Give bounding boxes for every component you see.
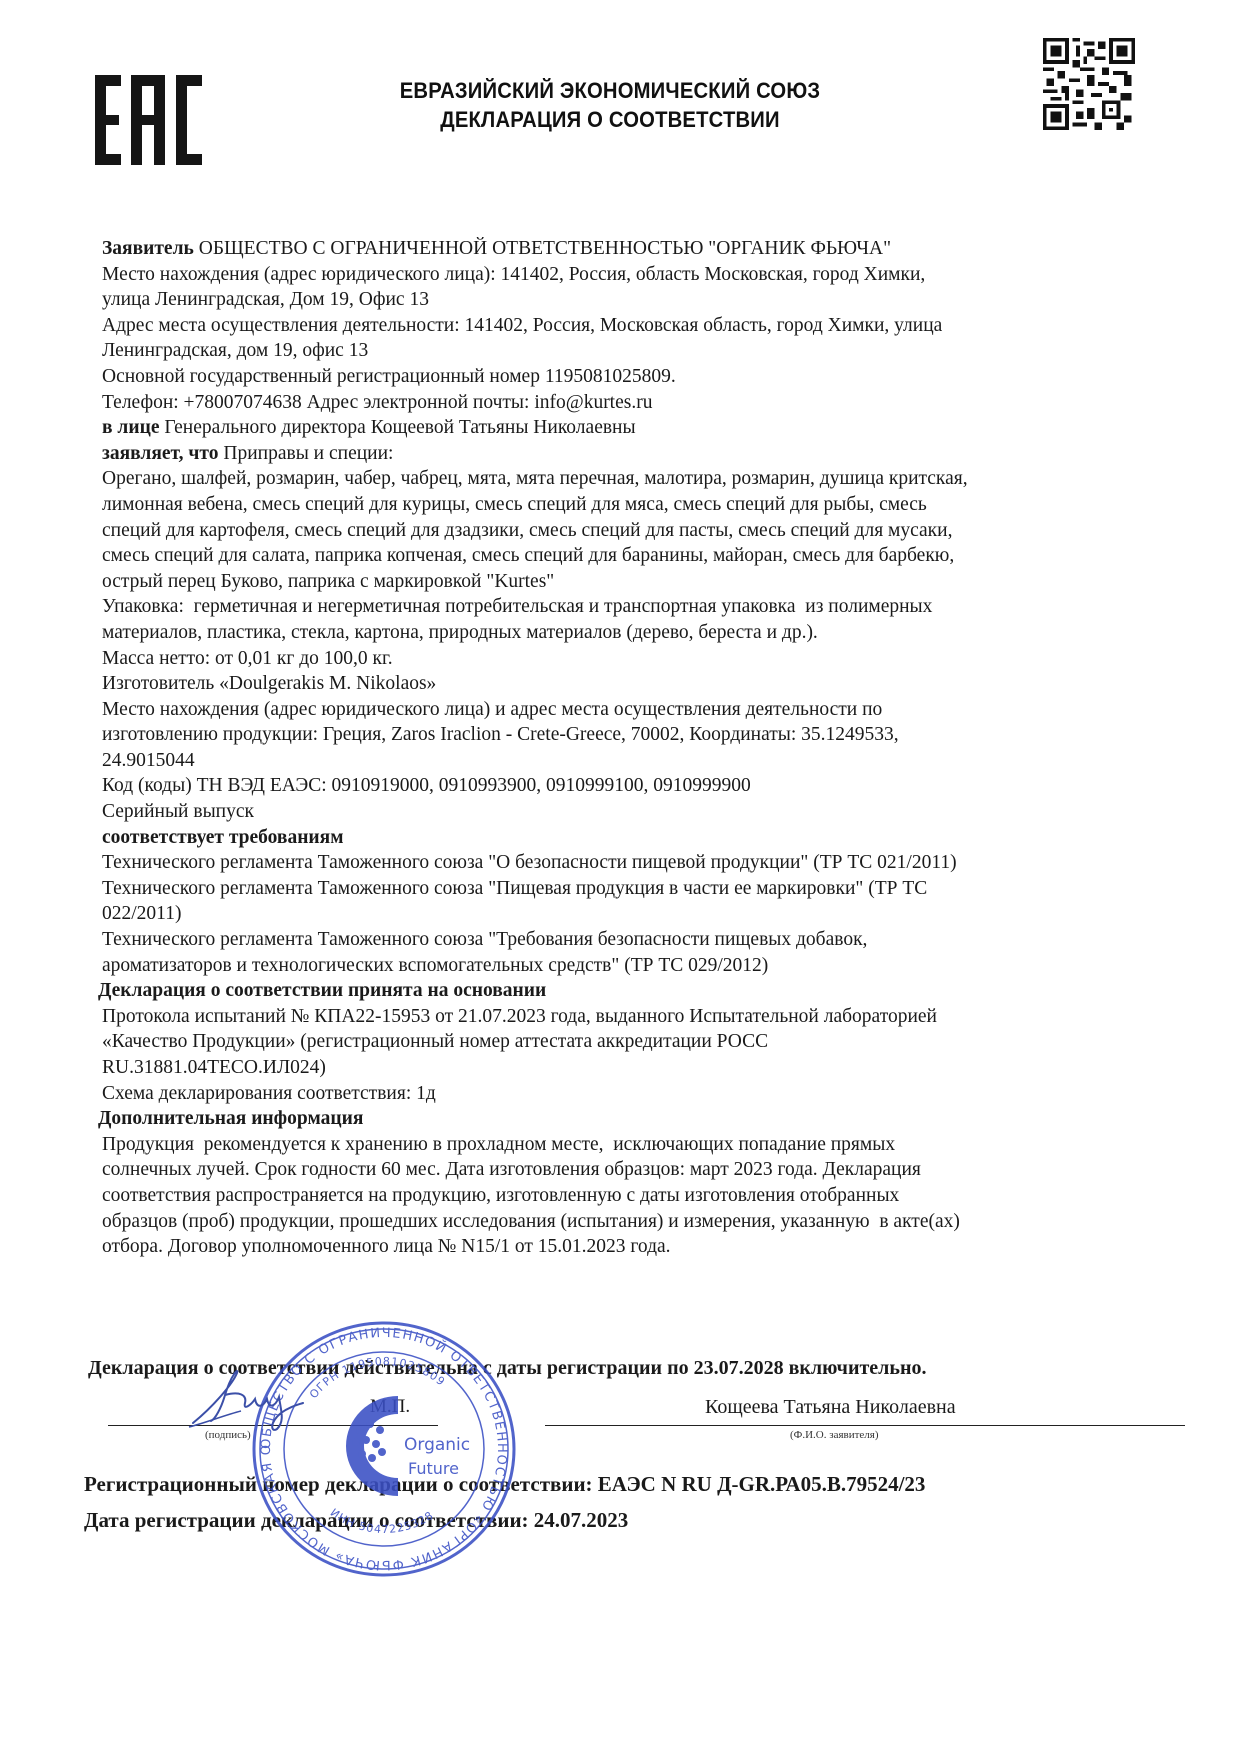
stamp-brand-line1: Organic xyxy=(404,1435,470,1455)
legal-address-cont: улица Ленинградская, Дом 19, Офис 13 xyxy=(102,287,1152,313)
requirement-line: Технического регламента Таможенного союз… xyxy=(102,927,1152,953)
title-line-declaration: ДЕКЛАРАЦИЯ О СООТВЕТСТВИИ xyxy=(325,105,895,134)
legal-address: Место нахождения (адрес юридического лиц… xyxy=(102,262,1152,288)
declaration-document: ЕВРАЗИЙСКИЙ ЭКОНОМИЧЕСКИЙ СОЮЗ ДЕКЛАРАЦИ… xyxy=(0,0,1240,1755)
additional-line: солнечных лучей. Срок годности 60 мес. Д… xyxy=(102,1157,1152,1183)
requirements-heading: соответствует требованиям xyxy=(102,825,1152,851)
manufacturer-address-line: Место нахождения (адрес юридического лиц… xyxy=(102,697,1152,723)
net-mass: Масса нетто: от 0,01 кг до 100,0 кг. xyxy=(102,646,1152,672)
additional-heading: Дополнительная информация xyxy=(98,1106,1152,1132)
basis-line: RU.31881.04ТЕСО.ИЛ024) xyxy=(102,1055,1152,1081)
additional-line: Продукция рекомендуется к хранению в про… xyxy=(102,1132,1152,1158)
additional-heading-text: Дополнительная информация xyxy=(98,1108,363,1129)
products-line: лимонная вебена, смесь специй для курицы… xyxy=(102,492,1152,518)
requirement-line: 022/2011) xyxy=(102,901,1152,927)
requirements-heading-text: соответствует требованиям xyxy=(102,827,344,848)
additional-line: соответствия распространяется на продукц… xyxy=(102,1183,1152,1209)
products-line: острый перец Буково, паприка с маркировк… xyxy=(102,569,1152,595)
represented-by-line: в лице Генерального директора Кощеевой Т… xyxy=(102,415,1152,441)
requirement-line: Технического регламента Таможенного союз… xyxy=(102,876,1152,902)
products-line: смесь специй для салата, паприка копчена… xyxy=(102,543,1152,569)
requirement-line: ароматизаторов и технологических вспомог… xyxy=(102,953,1152,979)
handwritten-signature-icon xyxy=(185,1365,305,1435)
basis-line: Протокола испытаний № КПА22-15953 от 21.… xyxy=(102,1004,1152,1030)
additional-line: образцов (проб) продукции, прошедших исс… xyxy=(102,1209,1152,1235)
applicant-line: Заявитель ОБЩЕСТВО С ОГРАНИЧЕННОЙ ОТВЕТС… xyxy=(102,236,1152,262)
applicant-name: ОБЩЕСТВО С ОГРАНИЧЕННОЙ ОТВЕТСТВЕННОСТЬЮ… xyxy=(199,238,891,259)
manufacturer-address-line: 24.9015044 xyxy=(102,748,1152,774)
declares-label: заявляет, что xyxy=(102,443,219,464)
packaging-line: материалов, пластика, стекла, картона, п… xyxy=(102,620,1152,646)
basis-line: «Качество Продукции» (регистрационный но… xyxy=(102,1029,1152,1055)
document-title: ЕВРАЗИЙСКИЙ ЭКОНОМИЧЕСКИЙ СОЮЗ ДЕКЛАРАЦИ… xyxy=(325,76,895,134)
ogrn: Основной государственный регистрационный… xyxy=(102,364,1152,390)
name-line xyxy=(545,1425,1185,1426)
release-type: Серийный выпуск xyxy=(102,799,1152,825)
basis-heading: Декларация о соответствии принята на осн… xyxy=(98,978,1152,1004)
represented-by: Генерального директора Кощеевой Татьяны … xyxy=(164,417,635,438)
company-stamp-icon: ОБЩЕСТВО С ОГРАНИЧЕННОЙ ОТВЕТСТВЕННОСТЬЮ… xyxy=(248,1318,520,1580)
product-group: Приправы и специи: xyxy=(223,443,393,464)
contacts: Телефон: +78007074638 Адрес электронной … xyxy=(102,390,1152,416)
eac-logo-icon xyxy=(93,75,203,165)
applicant-label: Заявитель xyxy=(102,238,194,259)
name-caption: (Ф.И.О. заявителя) xyxy=(790,1429,879,1441)
title-line-union: ЕВРАЗИЙСКИЙ ЭКОНОМИЧЕСКИЙ СОЮЗ xyxy=(325,76,895,105)
svg-text:ИНН 5047225328: ИНН 5047225328 xyxy=(328,1506,436,1536)
represented-label: в лице xyxy=(102,417,159,438)
packaging-line: Упаковка: герметичная и негерметичная по… xyxy=(102,594,1152,620)
basis-line: Схема декларирования соответствия: 1д xyxy=(102,1081,1152,1107)
qr-code-icon[interactable] xyxy=(1043,38,1135,130)
stamp-inn-text: ИНН 5047225328 xyxy=(328,1506,436,1536)
products-line: Орегано, шалфей, розмарин, чабер, чабрец… xyxy=(102,466,1152,492)
activity-address-cont: Ленинградская, дом 19, офис 13 xyxy=(102,338,1152,364)
signer-name: Кощеева Татьяна Николаевна xyxy=(705,1396,956,1419)
stamp-brand-line2: Future xyxy=(408,1459,459,1478)
requirement-line: Технического регламента Таможенного союз… xyxy=(102,850,1152,876)
activity-address: Адрес места осуществления деятельности: … xyxy=(102,313,1152,339)
basis-heading-text: Декларация о соответствии принята на осн… xyxy=(98,980,546,1001)
manufacturer-address-line: изготовлению продукции: Греция, Zaros Ir… xyxy=(102,722,1152,748)
manufacturer: Изготовитель «Doulgerakis M. Nikolaos» xyxy=(102,671,1152,697)
declares-line: заявляет, что Приправы и специи: xyxy=(102,441,1152,467)
additional-line: отбора. Договор уполномоченного лица № N… xyxy=(102,1234,1152,1260)
hs-codes: Код (коды) ТН ВЭД ЕАЭС: 0910919000, 0910… xyxy=(102,773,1152,799)
products-line: специй для картофеля, смесь специй для д… xyxy=(102,518,1152,544)
declaration-body: Заявитель ОБЩЕСТВО С ОГРАНИЧЕННОЙ ОТВЕТС… xyxy=(102,236,1152,1260)
